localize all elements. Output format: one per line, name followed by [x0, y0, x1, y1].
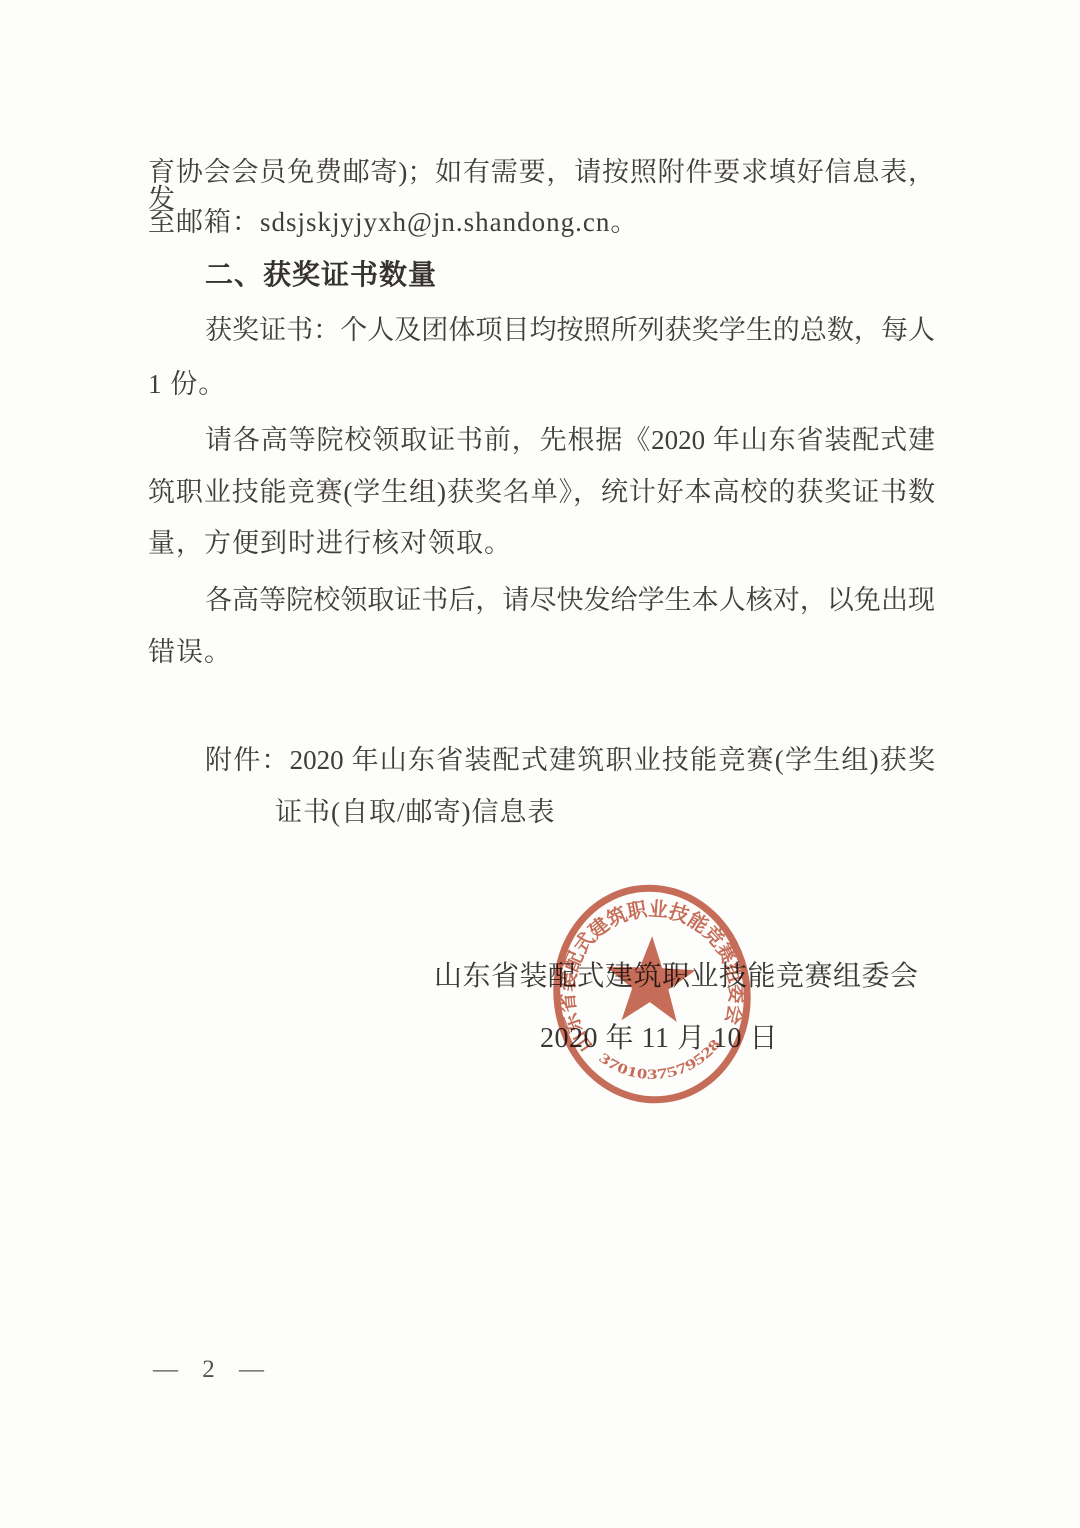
body-line-email-address: 至邮箱：sdsjskjyjyxh@jn.shandong.cn。 — [148, 209, 638, 236]
body-line-send-to-students: 各高等院校领取证书后，请尽快发给学生本人核对，以免出现 — [205, 587, 935, 614]
body-line-collect-before: 请各高等院校领取证书前，先根据《2020 年山东省装配式建 — [205, 427, 935, 454]
body-line-award-list: 筑职业技能竞赛(学生组)获奖名单》，统计好本高校的获奖证书数 — [148, 479, 935, 506]
body-line-certificate-count: 获奖证书：个人及团体项目均按照所列获奖学生的总数，每人 — [205, 317, 935, 344]
page-number: — 2 — — [153, 1356, 273, 1384]
document-page: 育协会会员免费邮寄)；如有需要，请按照附件要求填好信息表，发 至邮箱：sdsjs… — [0, 0, 1080, 1528]
body-line-verify-pickup: 量，方便到时进行核对领取。 — [148, 530, 512, 557]
body-line-one-copy: 1 份。 — [148, 371, 226, 398]
body-line-mailing-info: 育协会会员免费邮寄)；如有需要，请按照附件要求填好信息表，发 — [148, 159, 935, 213]
attachment-title-line1: 附件：2020 年山东省装配式建筑职业技能竞赛(学生组)获奖 — [205, 747, 935, 774]
attachment-title-line2: 证书(自取/邮寄)信息表 — [275, 799, 555, 826]
section-heading-certificate-quantity: 二、获奖证书数量 — [205, 261, 437, 289]
official-seal: 山东省装配式建筑职业技能竞赛组委会 3701037579528 — [542, 876, 762, 1116]
body-line-errors: 错误。 — [148, 639, 232, 666]
star-icon — [603, 931, 702, 1031]
